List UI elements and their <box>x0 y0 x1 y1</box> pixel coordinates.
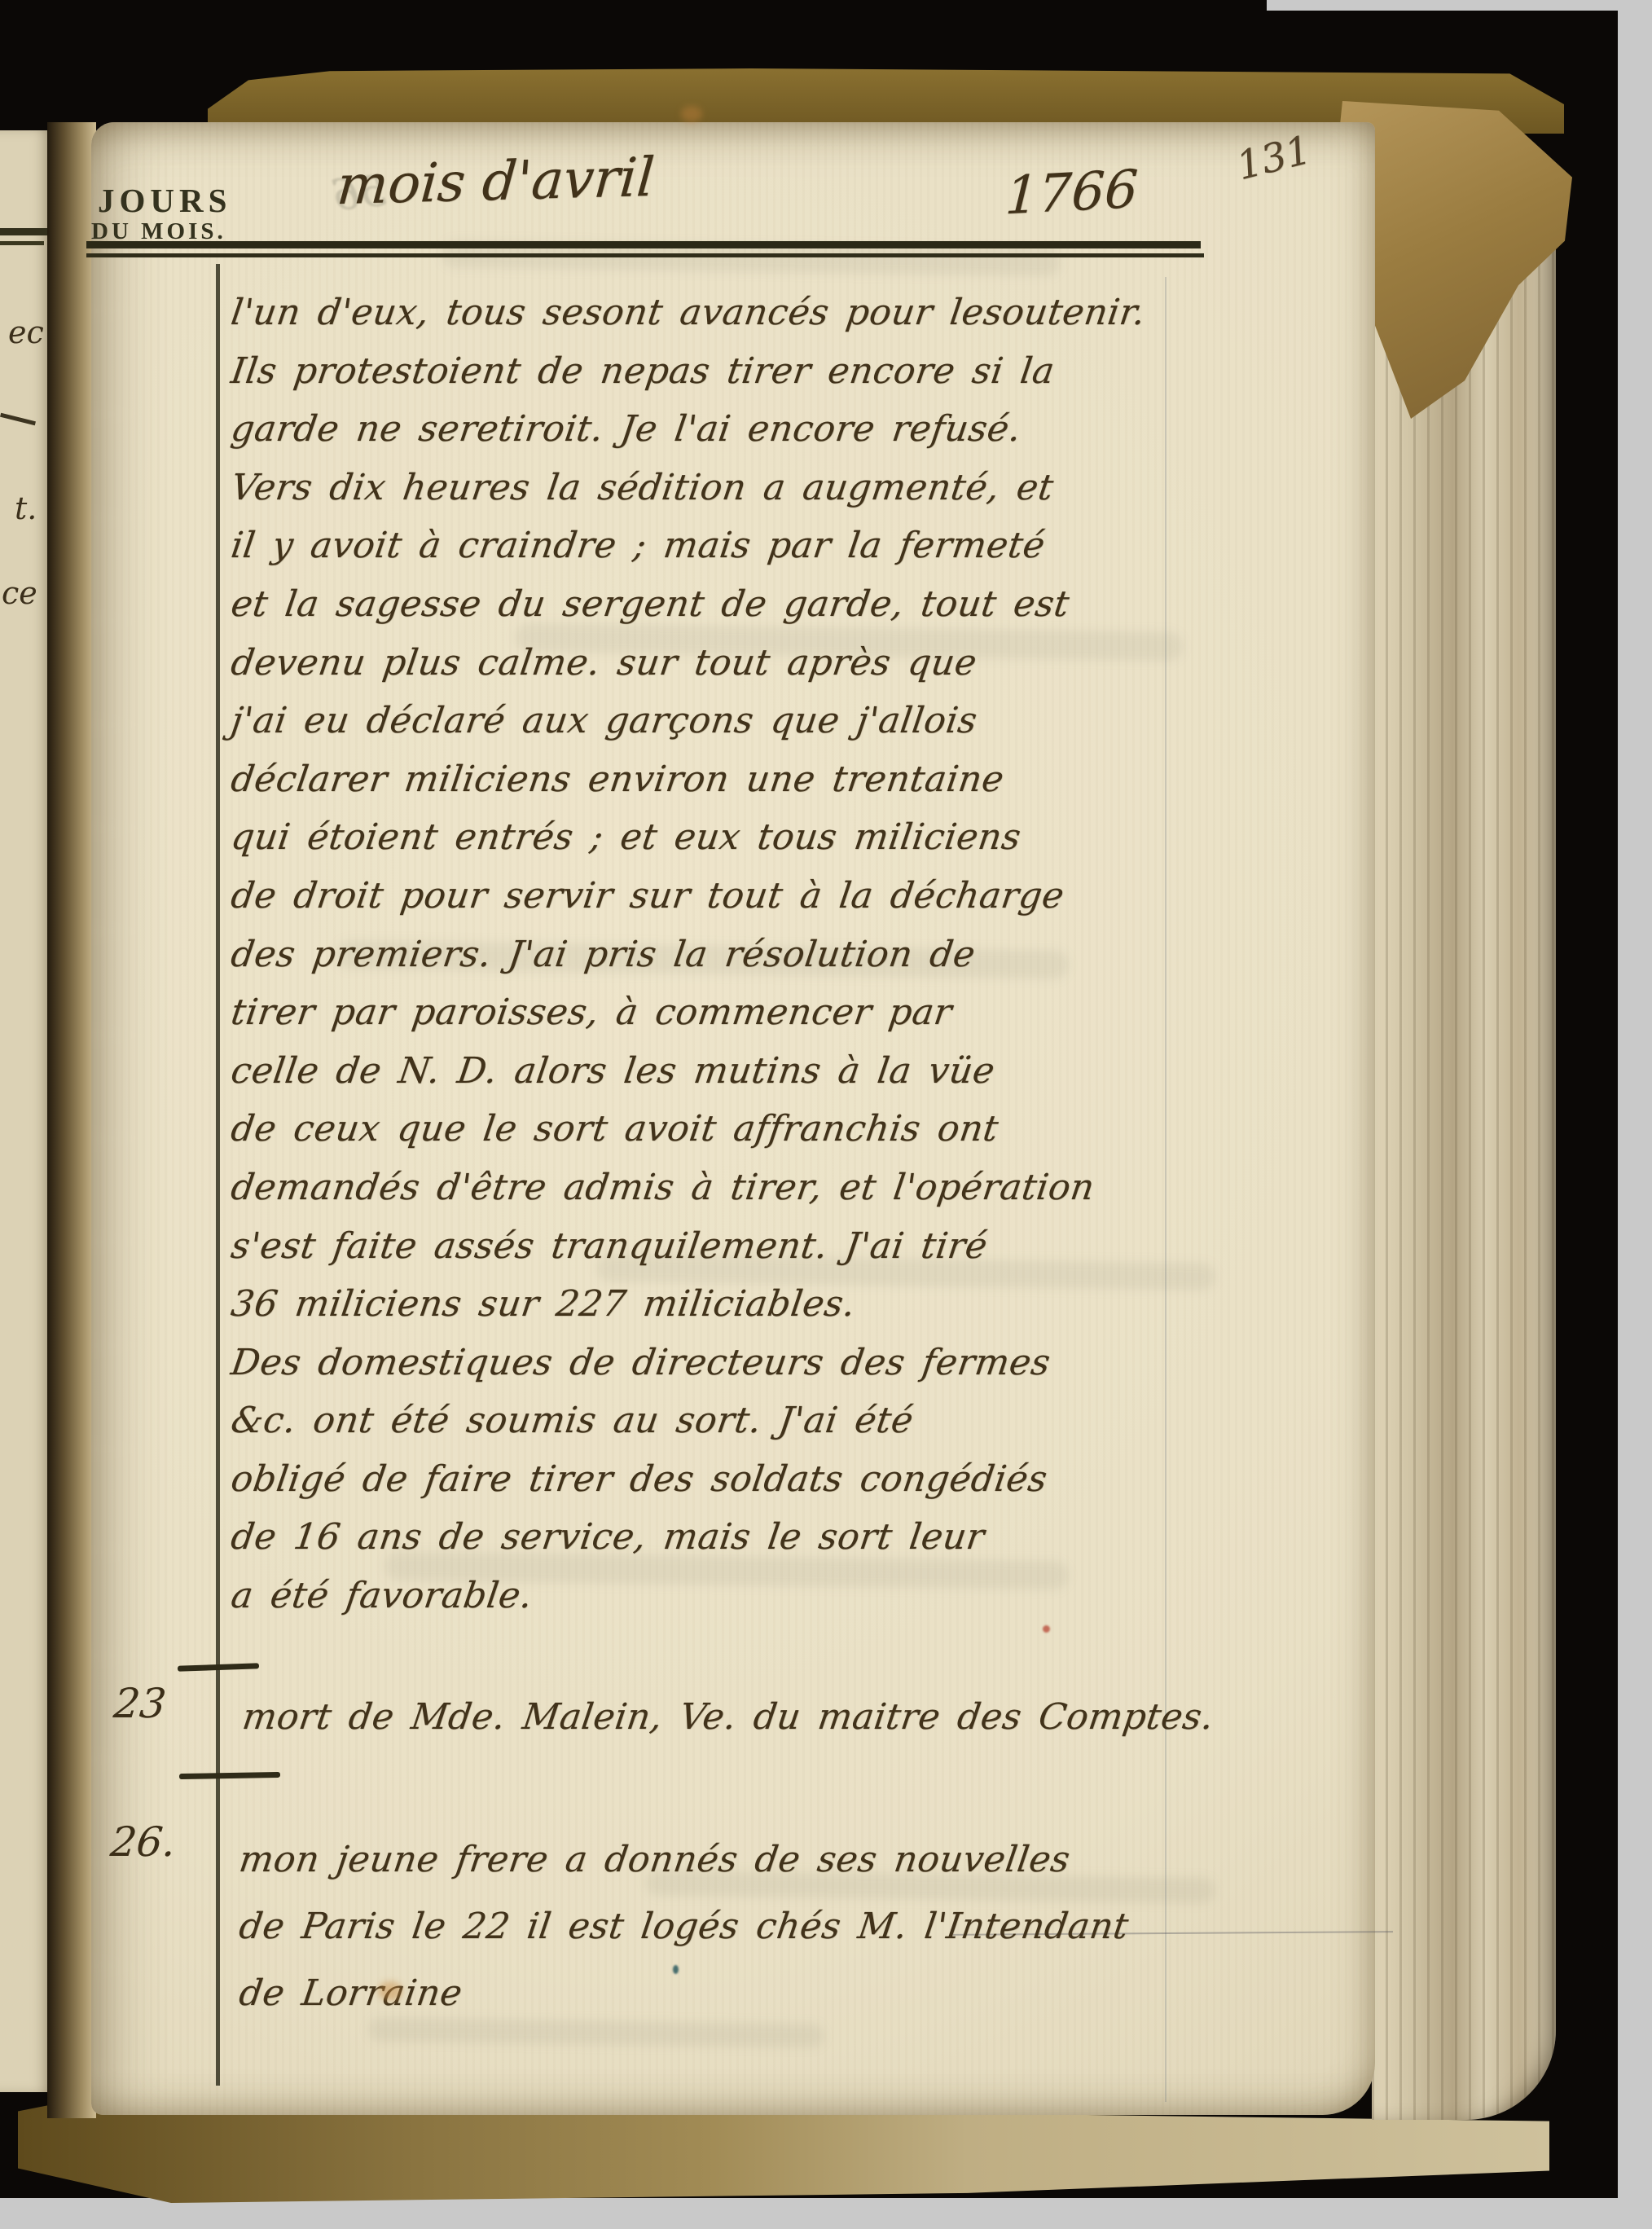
entry-separator-dash <box>179 1772 280 1779</box>
manuscript-line: a été favorable. <box>227 1567 1376 1625</box>
manuscript-line: l'un d'eux, tous sesont avancés pour les… <box>227 284 1376 342</box>
scanner-bed-strip-top <box>1267 0 1652 11</box>
manuscript-line: de Lorraine <box>235 1960 1401 2027</box>
manuscript-line: garde ne seretiroit. Je l'ai encore refu… <box>227 400 1376 459</box>
manuscript-line: demandés d'être admis à tirer, et l'opér… <box>227 1158 1376 1217</box>
manuscript-line: obligé de faire tirer des soldats congéd… <box>227 1450 1376 1509</box>
column-header-jours: JOURS <box>98 181 231 220</box>
year: 1766 <box>1004 160 1140 227</box>
manuscript-line: 36 miliciens sur 227 miliciables. <box>227 1275 1376 1334</box>
margin-ink-fragment: ce <box>2 575 37 611</box>
manuscript-line: qui étoient entrés ; et eux tous milicie… <box>227 808 1376 867</box>
manuscript-line: des premiers. J'ai pris la résolution de <box>227 925 1376 984</box>
manuscript-line: tirer par paroisses, à commencer par <box>227 983 1376 1042</box>
manuscript-line: de droit pour servir sur tout à la décha… <box>227 867 1376 925</box>
dark-ink-speck <box>673 1965 679 1974</box>
book-gutter-shadow <box>47 122 96 2118</box>
manuscript-line: s'est faite assés tranquilement. J'ai ti… <box>227 1217 1376 1276</box>
manuscript-line: déclarer miliciens environ une trentaine <box>227 750 1376 809</box>
previous-page-rule-fragment <box>0 228 47 235</box>
manuscript-line: de Paris le 22 il est logés chés M. l'In… <box>235 1893 1401 1960</box>
manuscript-line: celle de N. D. alors les mutins à la vüe <box>227 1042 1376 1101</box>
journal-entry-23: mort de Mde. Malein, Ve. du maitre des C… <box>243 1688 1383 1747</box>
day-number-23: 23 <box>112 1680 169 1727</box>
manuscript-line: de 16 ans de service, mais le sort leur <box>227 1508 1376 1567</box>
margin-ink-fragment: ec <box>8 314 44 350</box>
manuscript-line: j'ai eu déclaré aux garçons que j'allois <box>227 692 1376 750</box>
scanned-manuscript-photo: ect.ce JOURS DU MOIS. 56 mois d'avril 17… <box>0 0 1652 2229</box>
manuscript-line: il y avoit à craindre ; mais par la ferm… <box>227 517 1376 575</box>
fore-edge-page-stack <box>1372 135 1556 2120</box>
scanner-bed-strip-right <box>1618 0 1652 2229</box>
previous-page-edge: ect.ce <box>0 130 52 2092</box>
previous-page-rule-fragment <box>0 241 44 245</box>
day-number-26: 26. <box>108 1818 178 1866</box>
manuscript-line: mort de Mde. Malein, Ve. du maitre des C… <box>239 1688 1387 1747</box>
page-number: 131 <box>1232 127 1316 190</box>
header-double-rule-bottom <box>86 253 1204 257</box>
header-double-rule-top <box>86 241 1201 248</box>
day-column-rule <box>216 264 220 2086</box>
manuscript-line: devenu plus calme. sur tout après que <box>227 634 1376 692</box>
scanner-bed-strip-bottom <box>0 2198 1652 2229</box>
previous-page-ink-dash <box>0 413 36 425</box>
manuscript-line: Vers dix heures la sédition a augmenté, … <box>227 459 1376 517</box>
manuscript-line: mon jeune frere a donnés de ses nouvelle… <box>235 1827 1401 1893</box>
journal-entry-continued: l'un d'eux, tous sesont avancés pour les… <box>231 284 1372 1625</box>
manuscript-line: Ils protestoient de nepas tirer encore s… <box>227 342 1376 401</box>
margin-ink-fragment: t. <box>15 490 37 526</box>
red-ink-speck <box>1043 1625 1050 1633</box>
journal-entry-26: mon jeune frere a donnés de ses nouvelle… <box>239 1827 1396 2027</box>
month-title: mois d'avril <box>335 146 657 217</box>
manuscript-line: Des domestiques de directeurs des fermes <box>227 1334 1376 1392</box>
manuscript-line: &c. ont été soumis au sort. J'ai été <box>227 1391 1376 1450</box>
manuscript-line: et la sagesse du sergent de garde, tout … <box>227 575 1376 634</box>
paper-stain <box>681 106 702 122</box>
manuscript-page: JOURS DU MOIS. 56 mois d'avril 1766 131 … <box>91 122 1375 2115</box>
paper-stain <box>378 1981 402 2001</box>
manuscript-line: de ceux que le sort avoit affranchis ont <box>227 1100 1376 1158</box>
